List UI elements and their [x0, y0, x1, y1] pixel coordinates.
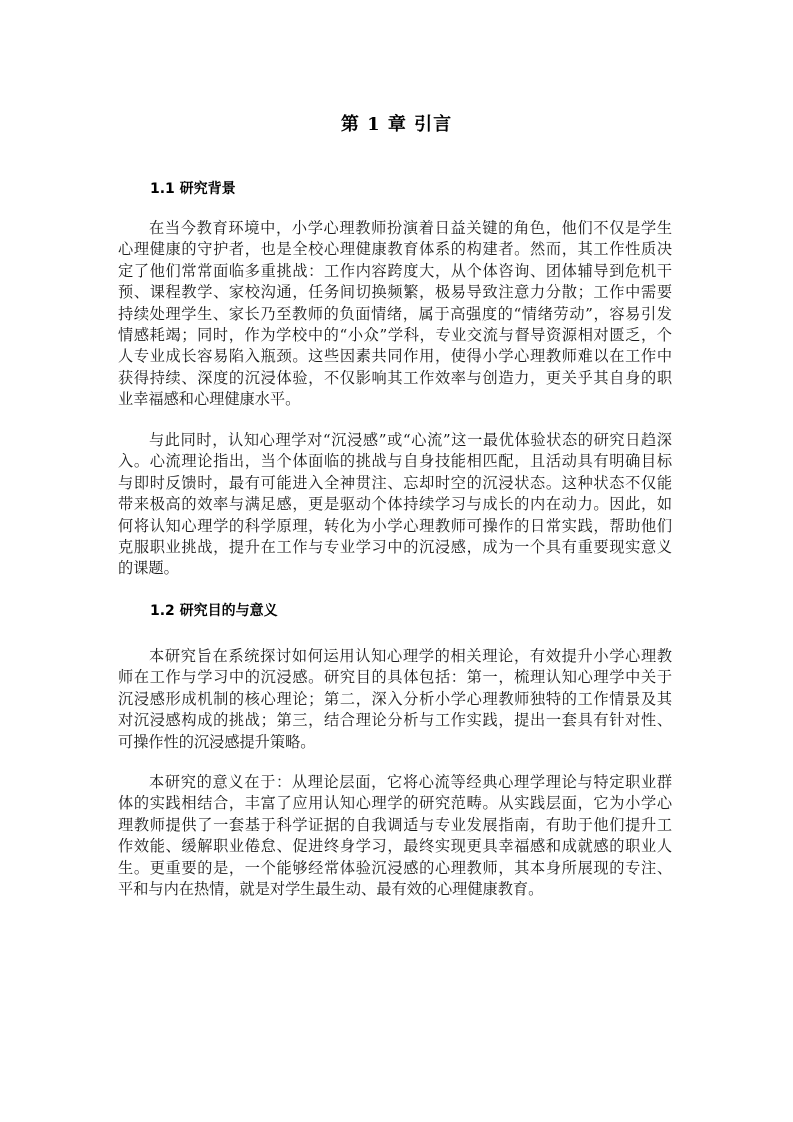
text-line: 生。更重要的是，一个能够经常体验沉浸感的心理教师，其本身所展现的专注、 [118, 858, 672, 879]
paragraph-background-2: 与此同时，认知心理学对“沉浸感”或“心流”这一最优体验状态的研究日趋深 入。心流… [118, 430, 672, 580]
text-line: 与此同时，认知心理学对“沉浸感”或“心流”这一最优体验状态的研究日趋深 [118, 430, 672, 451]
paragraph-purpose-2: 本研究的意义在于：从理论层面，它将心流等经典心理学理论与特定职业群 体的实践相结… [118, 772, 672, 900]
text-line: 的课题。 [118, 558, 672, 579]
text-line: 定了他们常常面临多重挑战：工作内容跨度大，从个体咨询、团体辅导到危机干 [118, 261, 672, 282]
text-line: 心理健康的守护者，也是全校心理健康教育体系的构建者。然而，其工作性质决 [118, 239, 672, 260]
text-line: 平和与内在热情，就是对学生最生动、最有效的心理健康教育。 [118, 879, 672, 900]
text-line: 本研究旨在系统探讨如何运用认知心理学的相关理论，有效提升小学心理教 [118, 646, 672, 667]
text-line: 理教师提供了一套基于科学证据的自我调适与专业发展指南，有助于他们提升工 [118, 815, 672, 836]
text-line: 业幸福感和心理健康水平。 [118, 389, 672, 410]
text-line: 何将认知心理学的科学原理，转化为小学心理教师可操作的日常实践，帮助他们 [118, 516, 672, 537]
text-line: 体的实践相结合，丰富了应用认知心理学的研究范畴。从实践层面，它为小学心 [118, 793, 672, 814]
text-line: 情感耗竭；同时，作为学校中的“小众”学科，专业交流与督导资源相对匮乏，个 [118, 325, 672, 346]
text-line: 持续处理学生、家长乃至教师的负面情绪，属于高强度的“情绪劳动”，容易引发 [118, 304, 672, 325]
paragraph-background-1: 在当今教育环境中，小学心理教师扮演着日益关键的角色，他们不仅是学生 心理健康的守… [118, 218, 672, 411]
text-line: 带来极高的效率与满足感，更是驱动个体持续学习与成长的内在动力。因此，如 [118, 494, 672, 515]
text-line: 师在工作与学习中的沉浸感。研究目的具体包括：第一，梳理认知心理学中关于 [118, 667, 672, 688]
section-heading-background: 1.1 研究背景 [150, 178, 236, 198]
text-line: 入。心流理论指出，当个体面临的挑战与自身技能相匹配，且活动具有明确目标 [118, 451, 672, 472]
text-line: 人专业成长容易陷入瓶颈。这些因素共同作用，使得小学心理教师难以在工作中 [118, 346, 672, 367]
text-line: 作效能、缓解职业倦怠、促进终身学习，最终实现更具幸福感和成就感的职业人 [118, 836, 672, 857]
text-line: 在当今教育环境中，小学心理教师扮演着日益关键的角色，他们不仅是学生 [118, 218, 672, 239]
chapter-title: 第 1 章 引言 [0, 110, 793, 136]
text-line: 本研究的意义在于：从理论层面，它将心流等经典心理学理论与特定职业群 [118, 772, 672, 793]
section-heading-purpose: 1.2 研究目的与意义 [150, 600, 278, 620]
text-line: 预、课程教学、家校沟通，任务间切换频繁，极易导致注意力分散；工作中需要 [118, 282, 672, 303]
text-line: 可操作性的沉浸感提升策略。 [118, 732, 672, 753]
text-line: 沉浸感形成机制的核心理论；第二，深入分析小学心理教师独特的工作情景及其 [118, 689, 672, 710]
document-page: 第 1 章 引言 1.1 研究背景 在当今教育环境中，小学心理教师扮演着日益关键… [0, 0, 793, 1122]
text-line: 与即时反馈时，最有可能进入全神贯注、忘却时空的沉浸状态。这种状态不仅能 [118, 473, 672, 494]
paragraph-purpose-1: 本研究旨在系统探讨如何运用认知心理学的相关理论，有效提升小学心理教 师在工作与学… [118, 646, 672, 753]
text-line: 对沉浸感构成的挑战；第三，结合理论分析与工作实践，提出一套具有针对性、 [118, 710, 672, 731]
text-line: 获得持续、深度的沉浸体验，不仅影响其工作效率与创造力，更关乎其自身的职 [118, 368, 672, 389]
text-line: 克服职业挑战，提升在工作与专业学习中的沉浸感，成为一个具有重要现实意义 [118, 537, 672, 558]
